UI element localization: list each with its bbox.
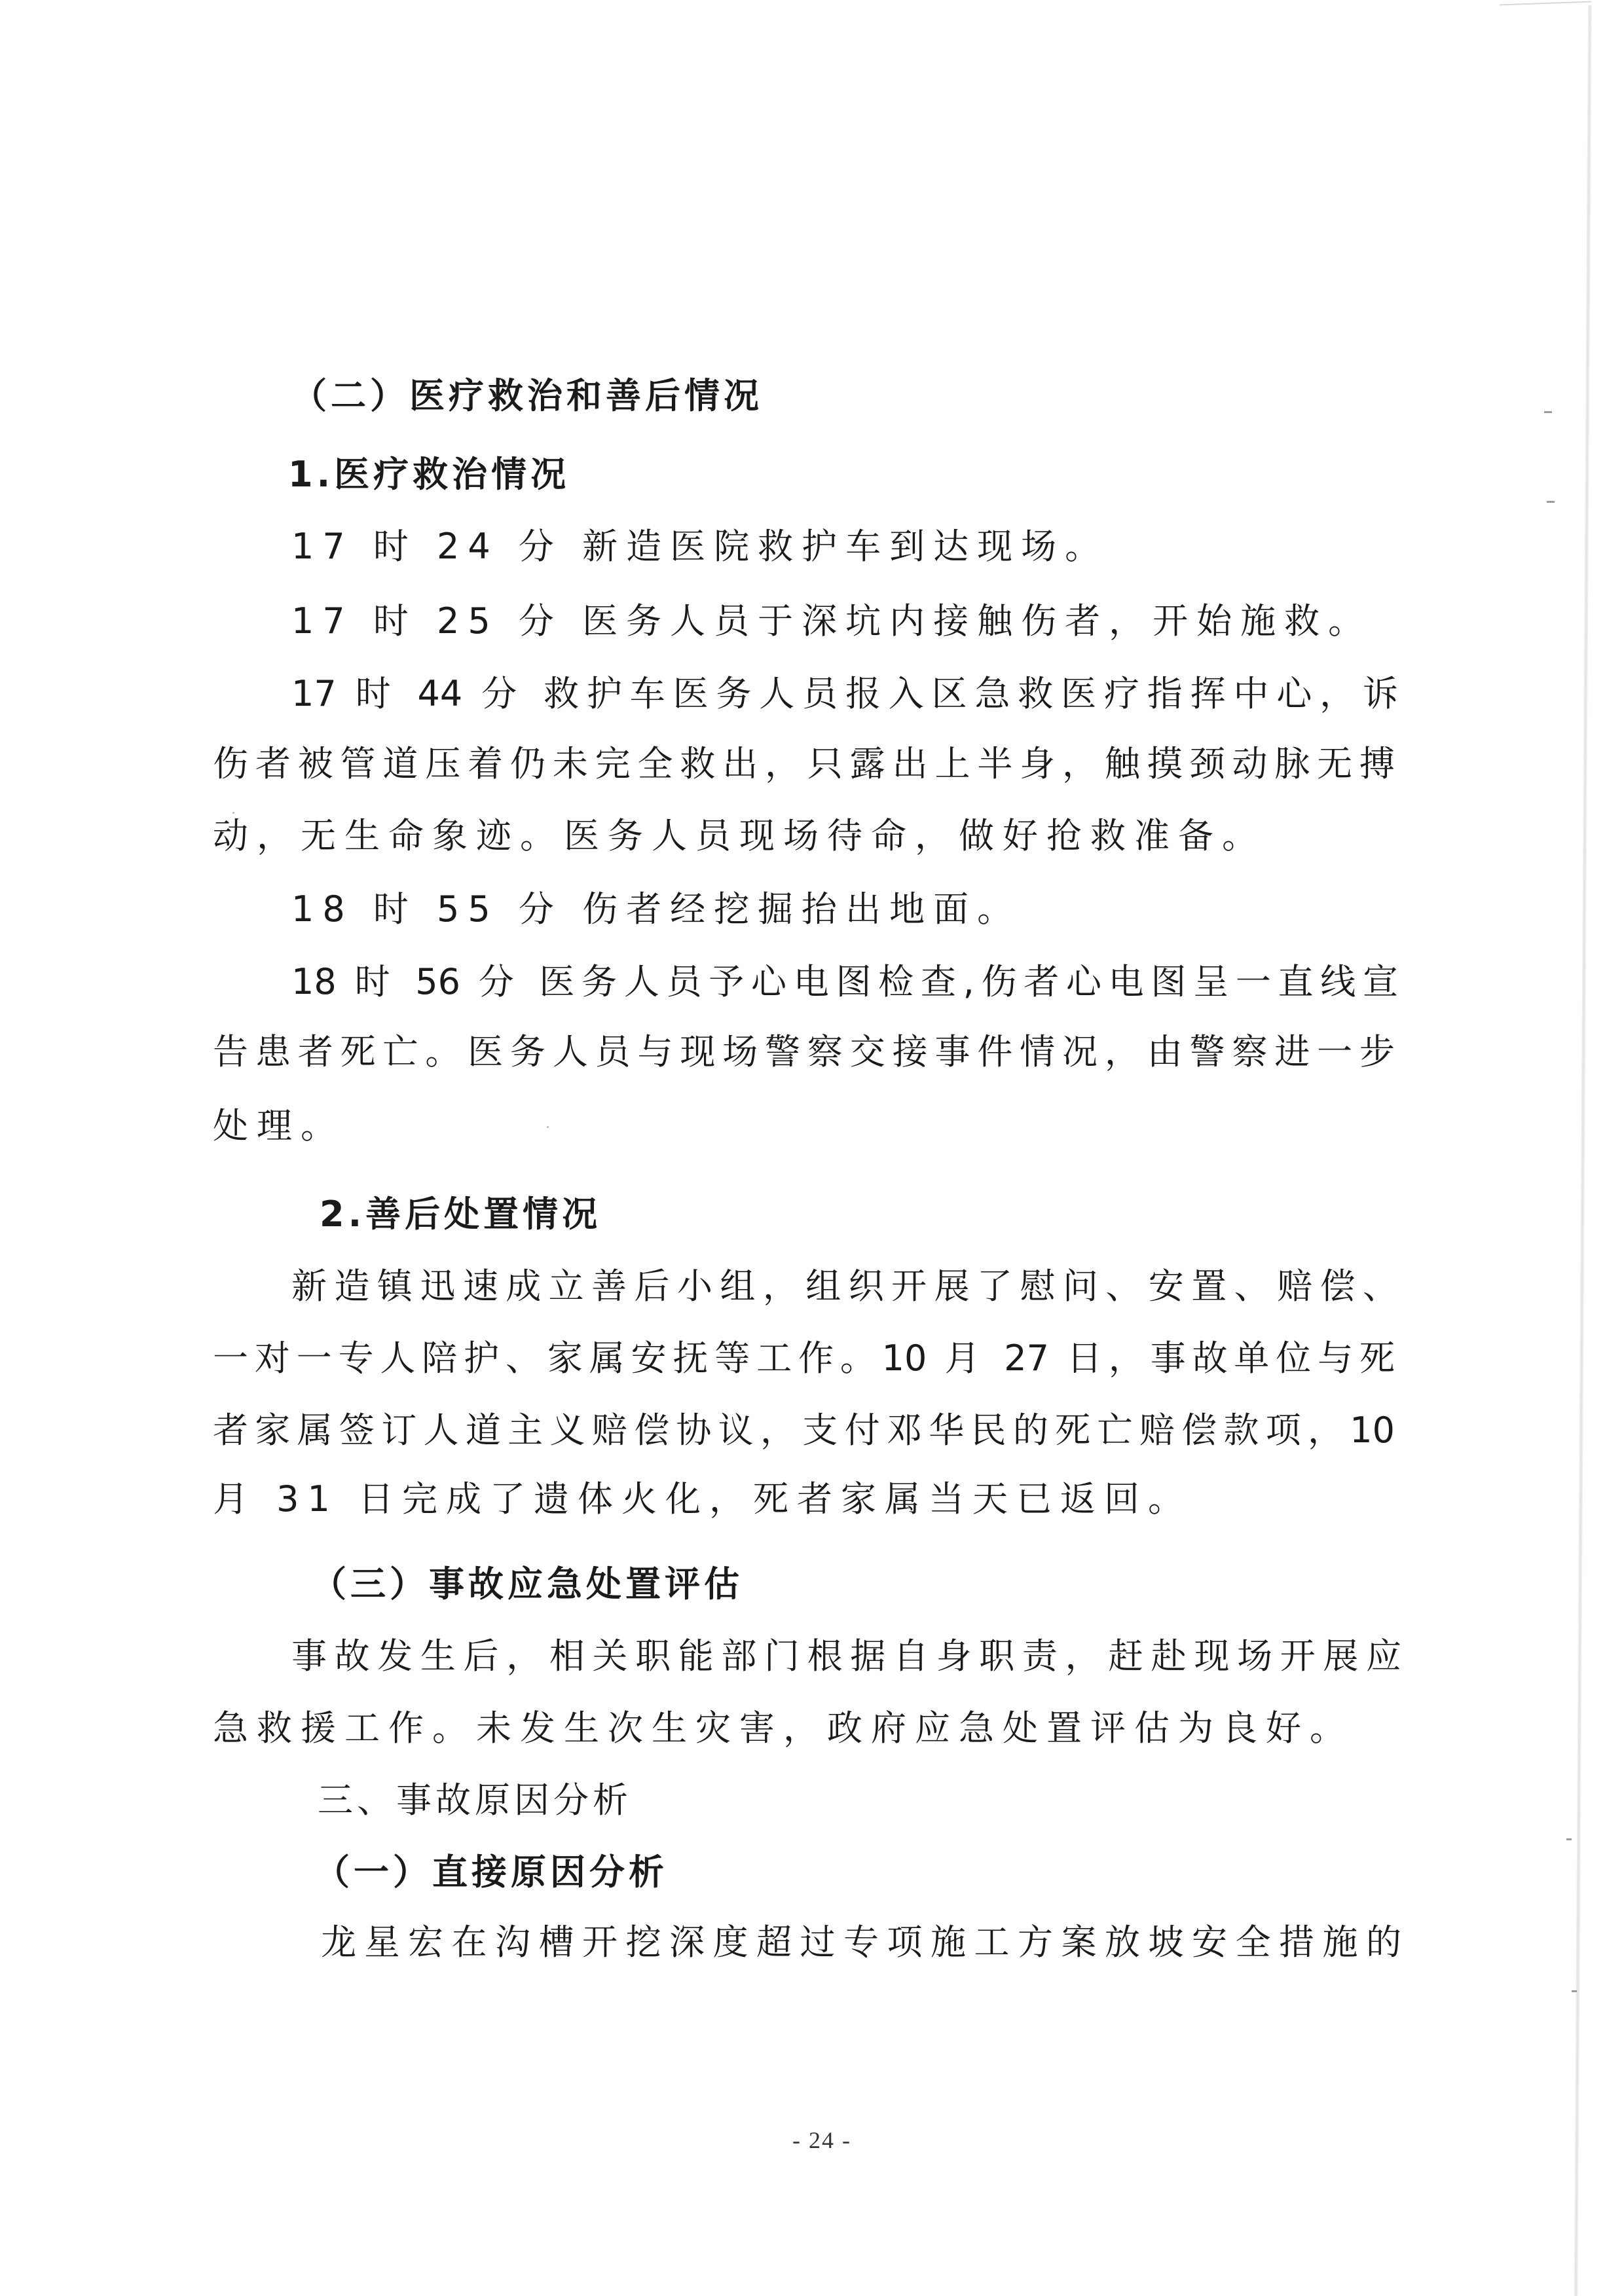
paragraph-line: 新造镇迅速成立善后小组，组织开展了慰问、安置、赔偿、: [291, 1269, 1398, 1304]
paragraph-line: 处理。: [213, 1108, 344, 1144]
section-heading-medical-aftermath: （二）医疗救治和善后情况: [291, 378, 763, 414]
paragraph-line: 急救援工作。未发生次生灾害，政府应急处置评估为良好。: [213, 1711, 1354, 1746]
paragraph-line: 伤者被管道压着仍未完全救出，只露出上半身，触摸颈动脉无搏: [213, 746, 1395, 782]
scan-speck: [232, 812, 234, 814]
subsection-heading-medical-treatment: 1.医疗救治情况: [288, 457, 570, 492]
page-number: - 24 -: [792, 2126, 851, 2154]
paragraph-line: 月 31 日完成了遗体火化，死者家属当天已返回。: [213, 1482, 1192, 1517]
section-heading-emergency-evaluation: （三）事故应急处置评估: [311, 1567, 743, 1602]
scan-speck: [547, 1126, 549, 1128]
subsection-heading-aftermath: 2.善后处置情况: [320, 1197, 601, 1232]
paragraph-line: 一对一专人陪护、家属安抚等工作。10 月 27 日，事故单位与死: [213, 1341, 1395, 1376]
paragraph-line: 18 时 56 分 医务人员予心电图检查,伤者心电图呈一直线宣: [291, 964, 1398, 1000]
scan-mark: [1566, 1838, 1572, 1840]
chapter-heading-cause-analysis: 三、事故原因分析: [318, 1783, 632, 1818]
scan-mark: [1572, 1990, 1577, 1992]
paragraph-line: 17 时 24 分 新造医院救护车到达现场。: [291, 529, 1109, 564]
document-page: （二）医疗救治和善后情况 1.医疗救治情况 17 时 24 分 新造医院救护车到…: [0, 0, 1624, 2296]
scan-mark: [1544, 411, 1552, 413]
section-heading-direct-cause: （一）直接原因分析: [314, 1855, 668, 1890]
paragraph-line: 事故发生后，相关职能部门根据自身职责，赶赴现场开展应: [291, 1639, 1401, 1674]
scan-edge-top: [1500, 1, 1591, 6]
paragraph-line: 17 时 25 分 医务人员于深坑内接触伤者，开始施救。: [291, 604, 1372, 639]
paragraph-line: 者家属签订人道主义赔偿协议，支付邓华民的死亡赔偿款项，10: [213, 1413, 1395, 1448]
scan-edge-shadow: [1574, 5, 1592, 2296]
paragraph-line: 告患者死亡。医务人员与现场警察交接事件情况，由警察进一步: [213, 1034, 1395, 1070]
scan-mark: [1547, 501, 1555, 503]
paragraph-line: 动，无生命象迹。医务人员现场待命，做好抢救准备。: [213, 818, 1266, 854]
paragraph-line: 龙星宏在沟槽开挖深度超过专项施工方案放坡安全措施的: [321, 1925, 1401, 1960]
paragraph-line: 17 时 44 分 救护车医务人员报入区急救医疗指挥中心，诉: [291, 676, 1398, 712]
paragraph-line: 18 时 55 分 伤者经挖掘抬出地面。: [291, 892, 1021, 927]
